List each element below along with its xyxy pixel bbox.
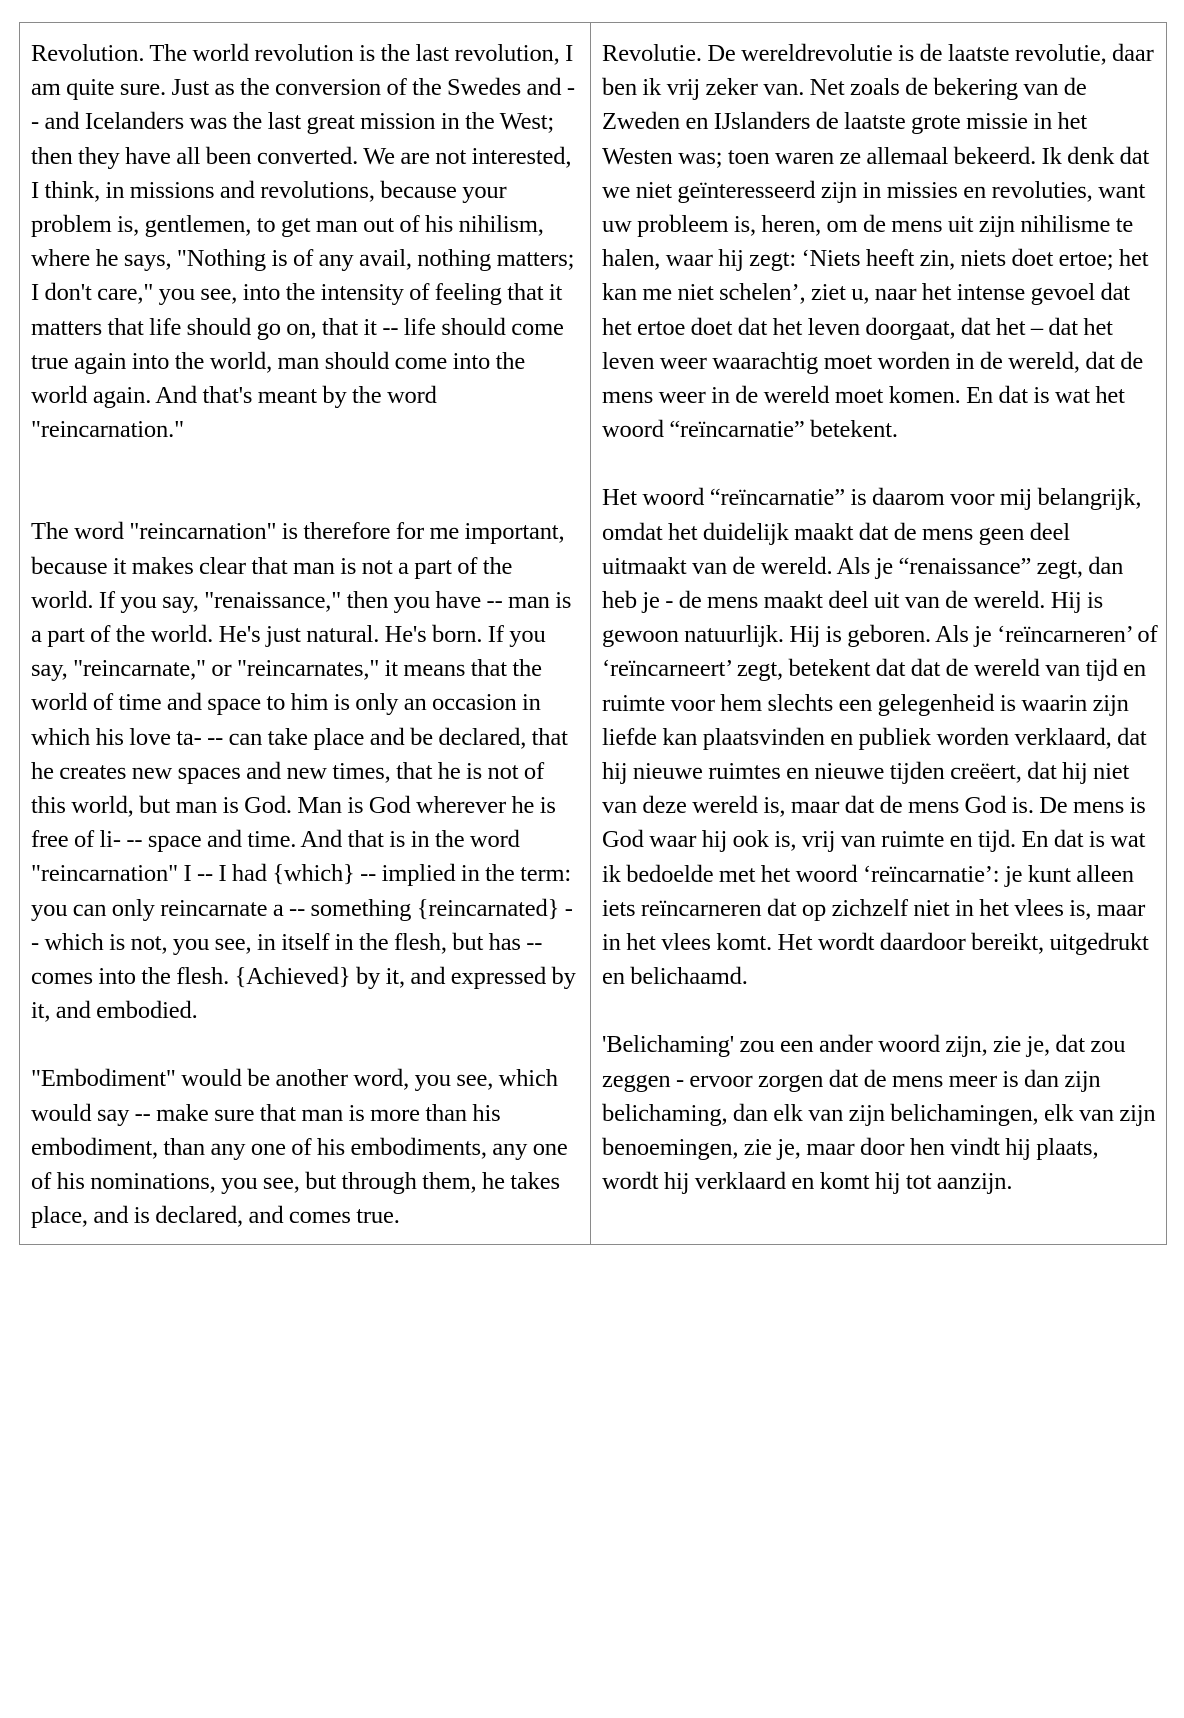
dutch-paragraph-1: Revolutie. De wereldrevolutie is de laat…: [602, 37, 1158, 447]
bilingual-translation-table: Revolution. The world revolution is the …: [19, 22, 1167, 1245]
english-paragraph-2: The word "reincarnation" is therefore fo…: [31, 515, 580, 1028]
english-paragraph-1: Revolution. The world revolution is the …: [31, 37, 580, 447]
dutch-column: Revolutie. De wereldrevolutie is de laat…: [591, 23, 1166, 1244]
dutch-paragraph-3: 'Belichaming' zou een ander woord zijn, …: [602, 1028, 1158, 1199]
english-column: Revolution. The world revolution is the …: [20, 23, 591, 1244]
dutch-paragraph-2: Het woord “reïncarnatie” is daarom voor …: [602, 481, 1158, 994]
english-paragraph-3: "Embodiment" would be another word, you …: [31, 1062, 580, 1233]
